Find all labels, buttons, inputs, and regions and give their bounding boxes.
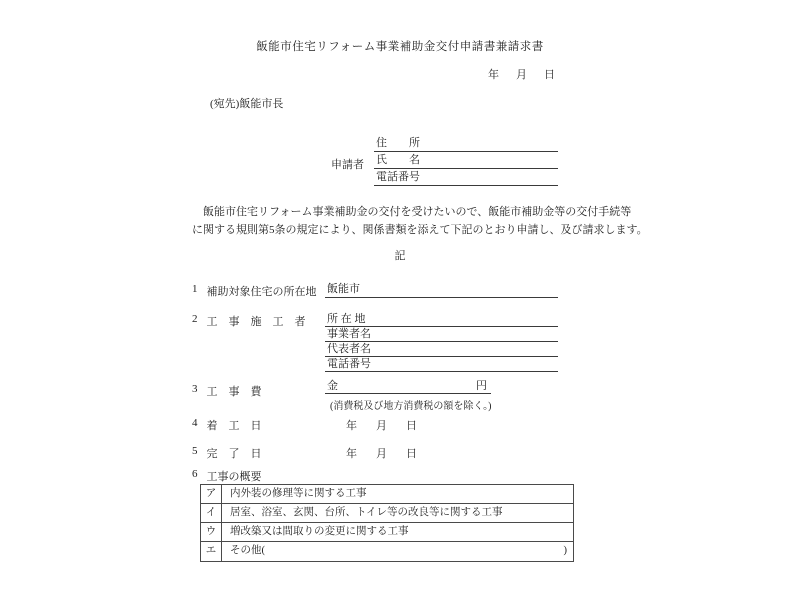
date-month-label: 月 (516, 66, 527, 82)
row-suffix (567, 523, 573, 541)
item4-label: 4 着 工 日 (192, 417, 262, 433)
contractor-address-field: 所 在 地 (325, 312, 558, 327)
row-text-cell: 増改築又は間取りの変更に関する工事 (222, 523, 573, 541)
applicant-address-field: 住 所 (374, 135, 558, 152)
item1-location-field: 飯能市 (325, 281, 558, 298)
tax-exclusion-note: (消費税及び地方消費税の額を除く。) (330, 397, 491, 412)
row-text: その他( (230, 542, 265, 561)
applicant-fields: 住 所 氏 名 電話番号 (374, 135, 558, 186)
applicant-name-label: 氏 名 (376, 154, 420, 166)
item5-label: 5 完 了 日 (192, 445, 262, 461)
start-date-line: 年 月 日 (346, 417, 417, 433)
row-text: 増改築又は間取りの変更に関する工事 (230, 523, 409, 541)
document-page: 飯能市住宅リフォーム事業補助金交付申請書兼請求書 年 月 日 (宛先)飯能市長 … (0, 0, 800, 600)
row-suffix (567, 485, 573, 503)
table-row: エ その他( ) (201, 542, 573, 561)
item6-number: 6 (192, 468, 198, 484)
start-date-month-label: 月 (376, 417, 387, 433)
contractor-company-field: 事業者名 (325, 327, 558, 342)
item3-label: 3 工 事 費 (192, 383, 262, 399)
row-letter: エ (201, 542, 222, 561)
item4-number: 4 (192, 417, 198, 433)
table-row: ア 内外装の修理等に関する工事 (201, 485, 573, 504)
addressee-line: (宛先)飯能市長 (210, 95, 283, 111)
applicant-name-field: 氏 名 (374, 152, 558, 169)
construction-cost-field: 金 円 (325, 379, 491, 394)
applicant-phone-label: 電話番号 (376, 171, 420, 183)
ki-heading: 記 (0, 247, 800, 263)
contractor-phone-field: 電話番号 (325, 357, 558, 372)
contractor-representative-label: 代表者名 (327, 343, 371, 355)
start-date-year-label: 年 (346, 417, 357, 433)
row-text-cell: 居室、浴室、玄関、台所、トイレ等の改良等に関する工事 (222, 504, 573, 522)
row-text-cell: 内外装の修理等に関する工事 (222, 485, 573, 503)
body-paragraph: 飯能市住宅リフォーム事業補助金の交付を受けたいので、飯能市補助金等の交付手続等 … (192, 203, 616, 239)
row-text: 内外装の修理等に関する工事 (230, 485, 367, 503)
completion-date-line: 年 月 日 (346, 445, 417, 461)
applicant-label: 申請者 (331, 156, 364, 172)
item3-text: 工 事 費 (207, 383, 262, 399)
body-paragraph-line1: 飯能市住宅リフォーム事業補助金の交付を受けたいので、飯能市補助金等の交付手続等 (192, 203, 616, 221)
item2-label: 2 工 事 施 工 者 (192, 313, 306, 329)
contractor-representative-field: 代表者名 (325, 342, 558, 357)
item6-label: 6 工事の概要 (192, 468, 262, 484)
body-paragraph-line2: に関する規則第5条の規定により、関係書類を添えて下記のとおり申請し、及び請求しま… (192, 221, 616, 239)
item2-text: 工 事 施 工 者 (207, 313, 306, 329)
contractor-phone-label: 電話番号 (327, 358, 371, 370)
row-suffix: ) (564, 542, 574, 561)
row-letter: イ (201, 504, 222, 522)
date-day-label: 日 (544, 66, 555, 82)
work-outline-table: ア 内外装の修理等に関する工事 イ 居室、浴室、玄関、台所、トイレ等の改良等に関… (200, 484, 574, 562)
item5-number: 5 (192, 445, 198, 461)
item2-number: 2 (192, 313, 198, 329)
row-text: 居室、浴室、玄関、台所、トイレ等の改良等に関する工事 (230, 504, 502, 522)
cost-unit-label: 円 (476, 379, 487, 393)
row-letter: ウ (201, 523, 222, 541)
table-row: イ 居室、浴室、玄関、台所、トイレ等の改良等に関する工事 (201, 504, 573, 523)
item1-location-value: 飯能市 (327, 283, 360, 295)
table-row: ウ 増改築又は間取りの変更に関する工事 (201, 523, 573, 542)
applicant-phone-field: 電話番号 (374, 169, 558, 186)
row-letter: ア (201, 485, 222, 503)
completion-date-month-label: 月 (376, 445, 387, 461)
cost-prefix-label: 金 (327, 379, 338, 393)
item1-number: 1 (192, 283, 198, 299)
item4-text: 着 工 日 (207, 417, 262, 433)
item1-text: 補助対象住宅の所在地 (207, 283, 317, 299)
applicant-address-label: 住 所 (376, 137, 420, 149)
document-title: 飯能市住宅リフォーム事業補助金交付申請書兼請求書 (0, 38, 800, 54)
item3-number: 3 (192, 383, 198, 399)
completion-date-day-label: 日 (406, 445, 417, 461)
row-suffix (567, 504, 573, 522)
completion-date-year-label: 年 (346, 445, 357, 461)
application-date-line: 年 月 日 (488, 66, 555, 82)
contractor-address-label: 所 在 地 (327, 313, 366, 325)
contractor-fields: 所 在 地 事業者名 代表者名 電話番号 (325, 312, 558, 372)
item6-text: 工事の概要 (207, 468, 262, 484)
item1-label: 1 補助対象住宅の所在地 (192, 283, 317, 299)
start-date-day-label: 日 (406, 417, 417, 433)
contractor-company-label: 事業者名 (327, 328, 371, 340)
date-year-label: 年 (488, 66, 499, 82)
row-text-cell: その他( ) (222, 542, 573, 561)
item5-text: 完 了 日 (207, 445, 262, 461)
